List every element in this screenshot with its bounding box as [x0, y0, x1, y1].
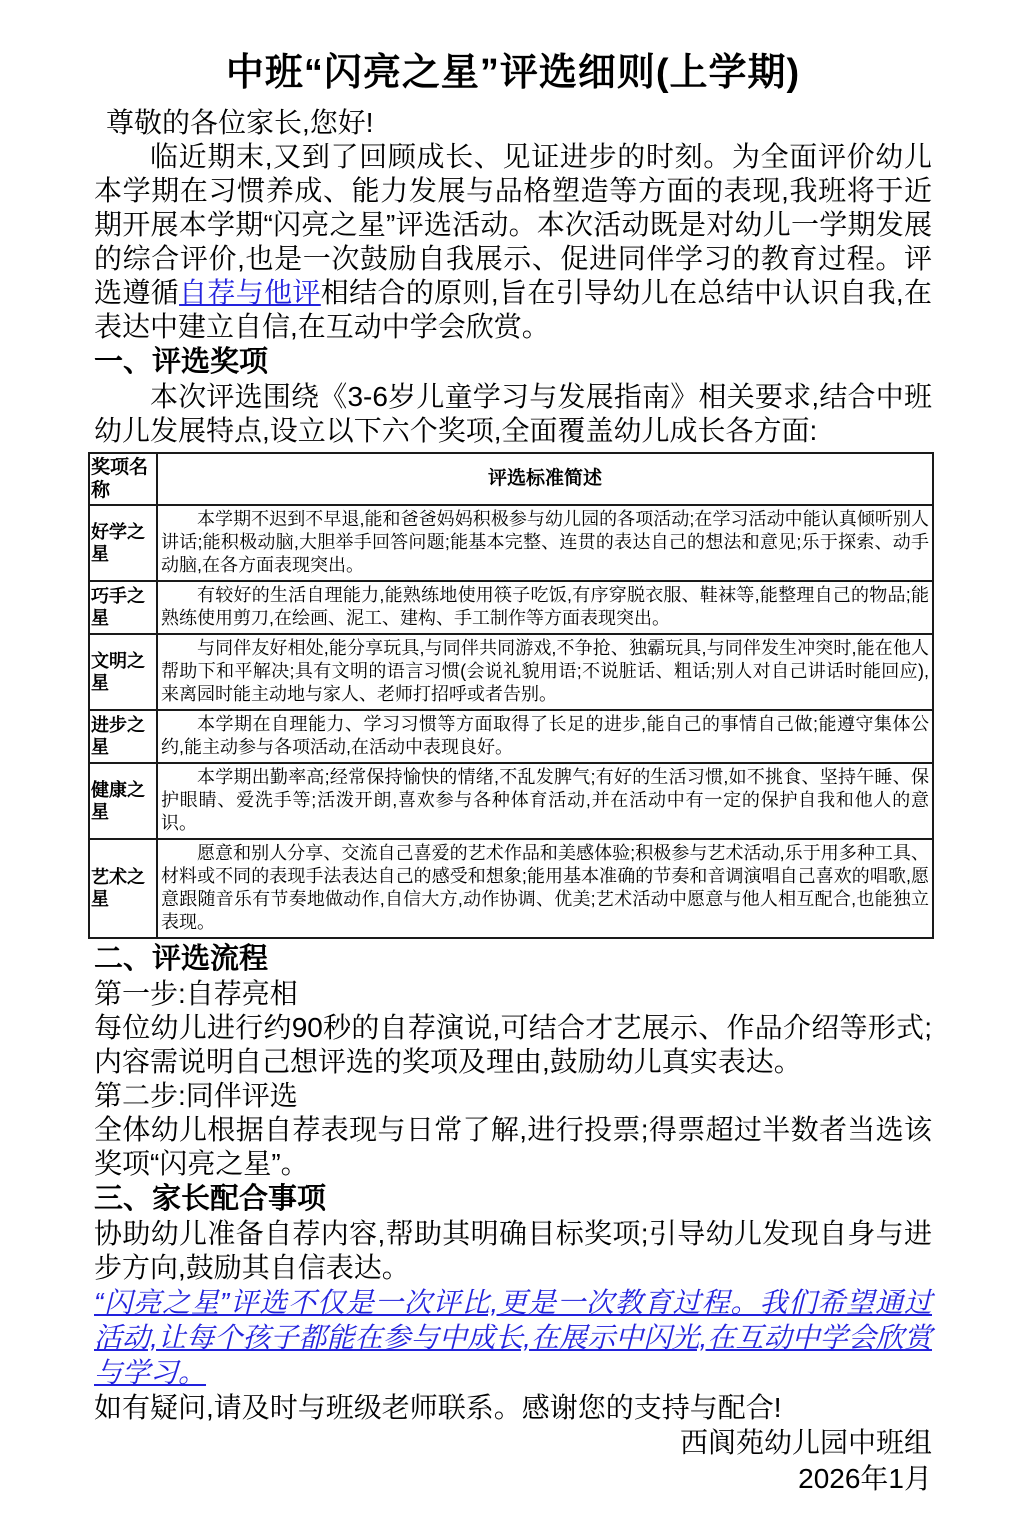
- awards-table: 奖项名称 评选标准简述 好学之星 本学期不迟到不早退,能和爸爸妈妈积极参与幼儿园…: [88, 452, 934, 939]
- emphasis-note: “闪亮之星”评选不仅是一次评比,更是一次教育过程。我们希望通过活动,让每个孩子都…: [94, 1285, 932, 1390]
- column-header-criteria: 评选标准简述: [157, 453, 933, 505]
- self-and-peer-evaluation-link[interactable]: 自荐与他评: [179, 277, 321, 308]
- greeting-line: 尊敬的各位家长,您好!: [94, 106, 932, 140]
- page-title: 中班“闪亮之星”评选细则(上学期): [94, 50, 932, 98]
- section-heading-process: 二、评选流程: [94, 941, 932, 977]
- section-heading-awards: 一、评选奖项: [94, 344, 932, 380]
- table-row: 文明之星 与同伴友好相处,能分享玩具,与同伴共同游戏,不争抢、独霸玩具,与同伴发…: [89, 634, 933, 710]
- intro-paragraph: 临近期末,又到了回顾成长、见证进步的时刻。为全面评价幼儿本学期在习惯养成、能力发…: [94, 140, 932, 344]
- criteria-cell: 本学期在自理能力、学习习惯等方面取得了长足的进步,能自己的事情自己做;能遵守集体…: [157, 710, 933, 763]
- table-row: 艺术之星 愿意和别人分享、交流自己喜爱的艺术作品和美感体验;积极参与艺术活动,乐…: [89, 839, 933, 938]
- table-row: 进步之星 本学期在自理能力、学习习惯等方面取得了长足的进步,能自己的事情自己做;…: [89, 710, 933, 763]
- criteria-cell: 有较好的生活自理能力,能熟练地使用筷子吃饭,有序穿脱衣服、鞋袜等,能整理自己的物…: [157, 581, 933, 634]
- criteria-cell: 愿意和别人分享、交流自己喜爱的艺术作品和美感体验;积极参与艺术活动,乐于用多种工…: [157, 839, 933, 938]
- award-name-cell: 健康之星: [89, 763, 157, 839]
- parent-cooperation-body: 协助幼儿准备自荐内容,帮助其明确目标奖项;引导幼儿发现自身与进步方向,鼓励其自信…: [94, 1217, 932, 1285]
- criteria-cell: 本学期不迟到不早退,能和爸爸妈妈积极参与幼儿园的各项活动;在学习活动中能认真倾听…: [157, 505, 933, 581]
- step1-label: 第一步:自荐亮相: [94, 977, 932, 1011]
- table-row: 健康之星 本学期出勤率高;经常保持愉快的情绪,不乱发脾气;有好的生活习惯,如不挑…: [89, 763, 933, 839]
- column-header-award-name: 奖项名称: [89, 453, 157, 505]
- award-name-cell: 巧手之星: [89, 581, 157, 634]
- signature: 西阆苑幼儿园中班组: [94, 1425, 932, 1461]
- step2-label: 第二步:同伴评选: [94, 1079, 932, 1113]
- closing-line: 如有疑问,请及时与班级老师联系。感谢您的支持与配合!: [94, 1391, 932, 1425]
- awards-intro-paragraph: 本次评选围绕《3-6岁儿童学习与发展指南》相关要求,结合中班幼儿发展特点,设立以…: [94, 380, 932, 448]
- step1-body: 每位幼儿进行约90秒的自荐演说,可结合才艺展示、作品介绍等形式;内容需说明自己想…: [94, 1011, 932, 1079]
- award-name-cell: 艺术之星: [89, 839, 157, 938]
- section-heading-parent-cooperation: 三、家长配合事项: [94, 1181, 932, 1217]
- table-row: 好学之星 本学期不迟到不早退,能和爸爸妈妈积极参与幼儿园的各项活动;在学习活动中…: [89, 505, 933, 581]
- table-row: 巧手之星 有较好的生活自理能力,能熟练地使用筷子吃饭,有序穿脱衣服、鞋袜等,能整…: [89, 581, 933, 634]
- document-page: 中班“闪亮之星”评选细则(上学期) 尊敬的各位家长,您好! 临近期末,又到了回顾…: [0, 0, 1024, 1513]
- award-name-cell: 进步之星: [89, 710, 157, 763]
- award-name-cell: 文明之星: [89, 634, 157, 710]
- table-header-row: 奖项名称 评选标准简述: [89, 453, 933, 505]
- date-line: 2026年1月: [94, 1461, 932, 1497]
- criteria-cell: 与同伴友好相处,能分享玩具,与同伴共同游戏,不争抢、独霸玩具,与同伴发生冲突时,…: [157, 634, 933, 710]
- step2-body: 全体幼儿根据自荐表现与日常了解,进行投票;得票超过半数者当选该奖项“闪亮之星”。: [94, 1113, 932, 1181]
- criteria-cell: 本学期出勤率高;经常保持愉快的情绪,不乱发脾气;有好的生活习惯,如不挑食、坚持午…: [157, 763, 933, 839]
- award-name-cell: 好学之星: [89, 505, 157, 581]
